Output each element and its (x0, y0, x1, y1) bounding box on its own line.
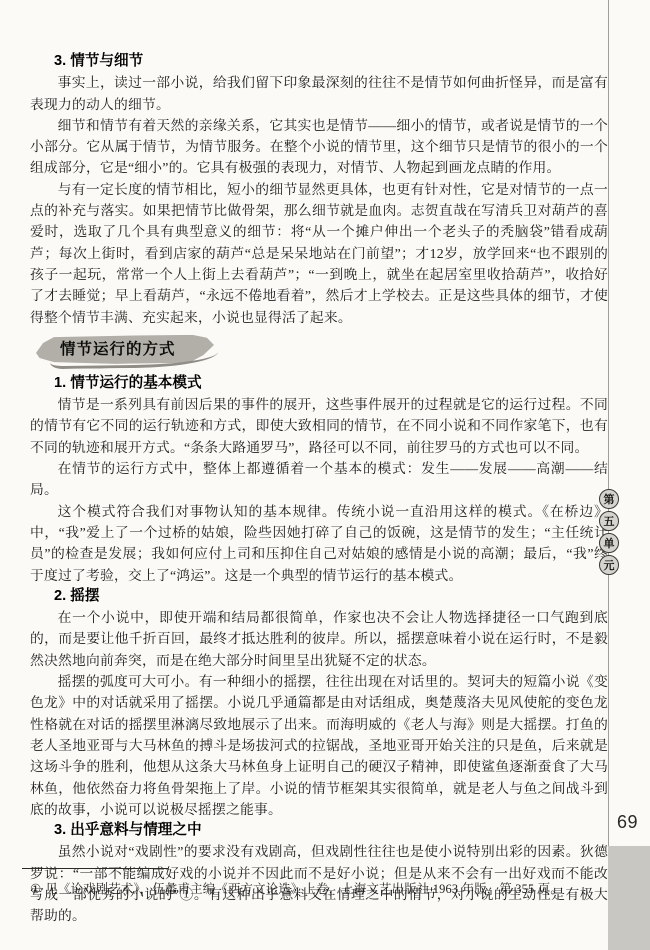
section-heading-surprise: 3. 出乎意料与情理之中 (30, 820, 608, 841)
paragraph: 在一个小说中，即使开端和结局都很简单，作家也决不会让人物选择捷径一口气跑到底的，… (30, 607, 608, 671)
section-banner: 情节运行的方式 (36, 335, 236, 367)
banner-title: 情节运行的方式 (60, 339, 176, 360)
paragraph: 情节是一系列具有前因后果的事件的展开，这些事件展开的过程就是它的运行过程。不同的… (30, 394, 608, 458)
section-heading-sway: 2. 摇摆 (30, 586, 608, 607)
section-heading-mode: 1. 情节运行的基本模式 (30, 373, 608, 394)
paragraph: 这个模式符合我们对事物认知的基本规律。传统小说一直沿用这样的模式。《在桥边》中，… (30, 501, 608, 586)
unit-badge-char: 元 (599, 555, 619, 575)
unit-badge-char: 五 (599, 511, 619, 531)
page-body: 3. 情节与细节 事实上，读过一部小说，给我们留下印象最深刻的往往不是情节如何曲… (30, 51, 608, 927)
paragraph: 细节和情节有着天然的亲缘关系，它其实也是情节——细小的情节，或者说是情节的一个小… (30, 115, 608, 179)
paragraph: 在情节的运行方式中，整体上都遵循着一个基本的模式：发生——发展——高潮——结局。 (30, 458, 608, 501)
footnote-text: 见《论戏剧艺术》，伍蠡甫主编《西方文论选》上卷，上海文艺出版社 1963 年版，… (45, 882, 563, 896)
paragraph: 摇摆的弧度可大可小。有一种细小的摇摆，往往出现在对话里的。契诃夫的短篇小说《变色… (30, 671, 608, 820)
page-number: 69 (617, 812, 647, 833)
unit-badge-char: 第 (599, 489, 619, 509)
section-heading-detail: 3. 情节与细节 (30, 51, 608, 72)
footnote-divider (22, 868, 168, 869)
corner-shade-block (608, 846, 650, 950)
page-edge-rule (608, 0, 609, 847)
unit-sidebar-badge: 第 五 单 元 (599, 489, 619, 575)
paragraph: 与有一定长度的情节相比，短小的细节显然更具体，也更有针对性，它是对情节的一点一点… (30, 179, 608, 328)
footnote-marker: ① (30, 882, 41, 896)
footnote: ①见《论戏剧艺术》，伍蠡甫主编《西方文论选》上卷，上海文艺出版社 1963 年版… (30, 880, 600, 898)
paragraph: 事实上，读过一部小说，给我们留下印象最深刻的往往不是情节如何曲折怪异，而是富有表… (30, 72, 608, 115)
unit-badge-char: 单 (599, 533, 619, 553)
